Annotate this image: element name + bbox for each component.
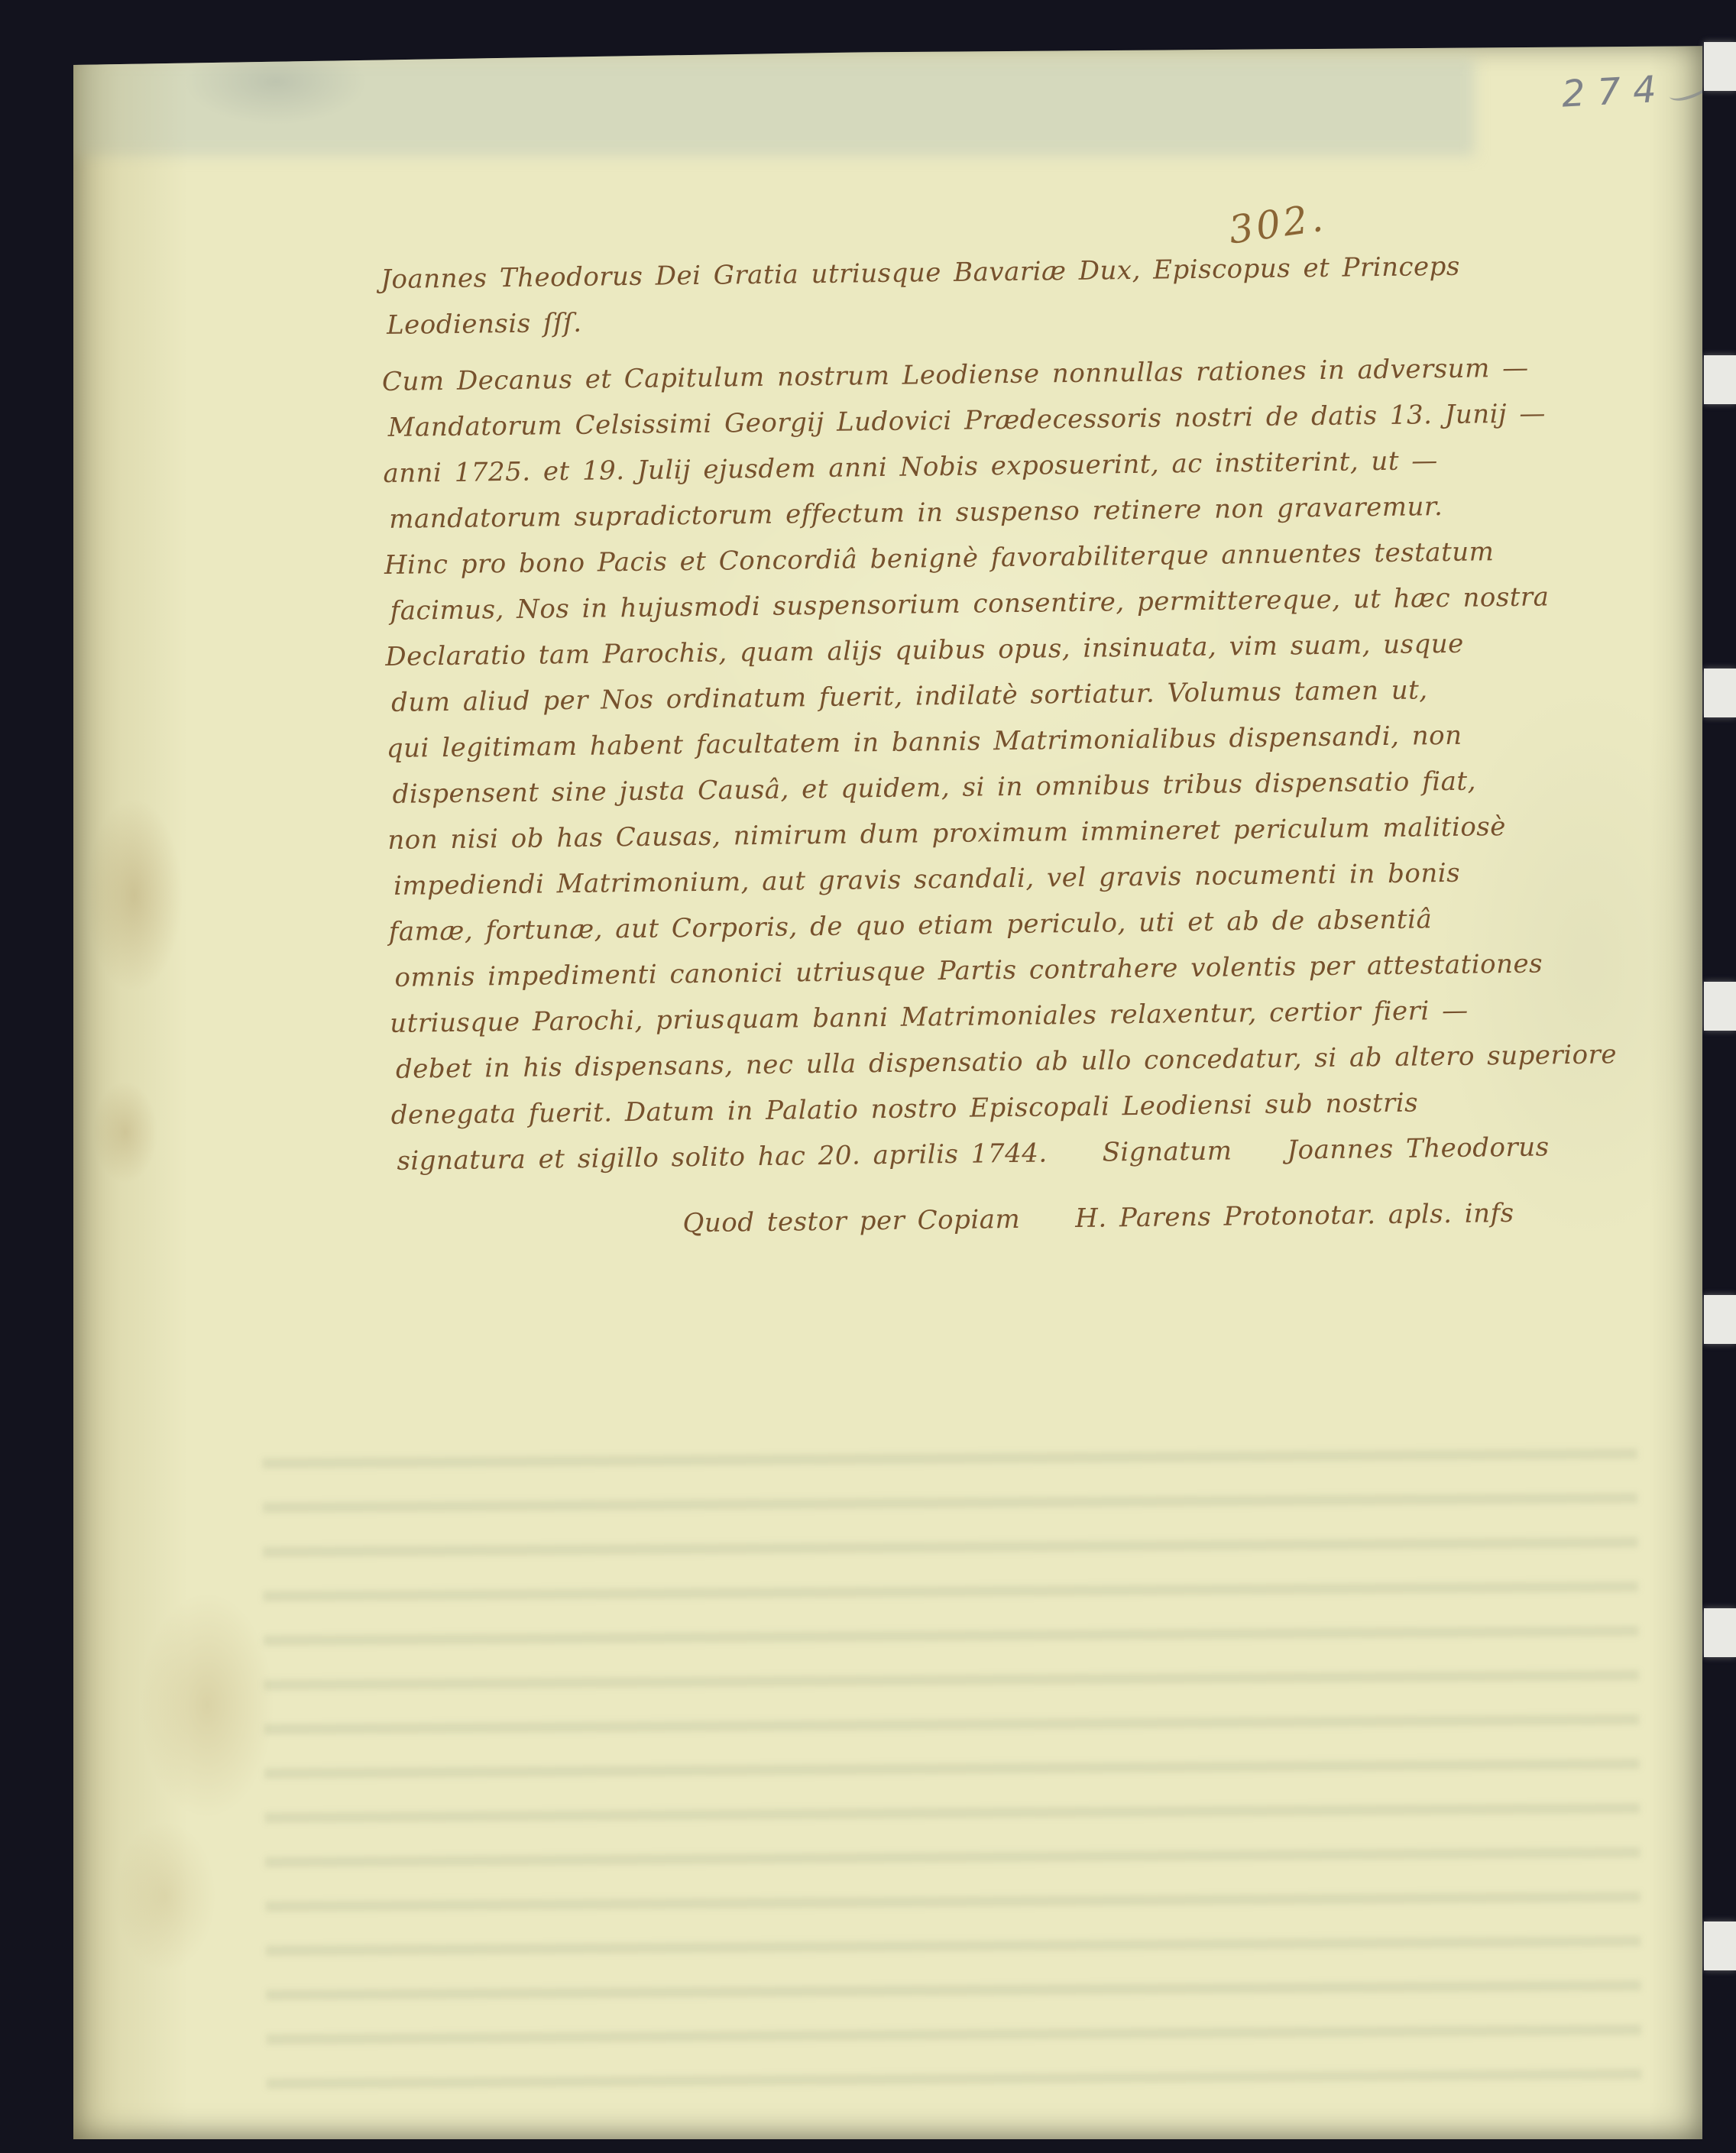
page-binding-edge bbox=[73, 40, 188, 2139]
manuscript-line-segment: Quod testor per Copiam bbox=[682, 1204, 1020, 1238]
pencil-folio-number: 274 bbox=[1561, 67, 1670, 115]
film-frame-mark bbox=[1704, 355, 1736, 404]
manuscript-text-block: Joannes Theodorus Dei Gratia utriusque B… bbox=[381, 241, 1692, 1250]
film-frame-mark bbox=[1704, 669, 1736, 717]
film-frame-mark bbox=[1704, 1608, 1736, 1657]
manuscript-line-segment: H. Parens Protonotar. apls. infs bbox=[1075, 1198, 1514, 1234]
manuscript-line-segment: Joannes Theodorus bbox=[1287, 1132, 1550, 1165]
page-top-edge-band bbox=[73, 58, 1475, 156]
ink-folio-number: 302. bbox=[1226, 195, 1329, 252]
manuscript-line: Quod testor per CopiamH. Parens Protonot… bbox=[682, 1188, 1692, 1246]
manuscript-line-segment: signatura et sigillo solito hac 20. apri… bbox=[397, 1138, 1048, 1176]
film-frame-mark bbox=[1704, 1922, 1736, 1970]
film-frame-mark bbox=[1704, 42, 1736, 91]
film-frame-mark bbox=[1704, 1295, 1736, 1344]
manuscript-page: 274 302. Joannes Theodorus Dei Gratia ut… bbox=[73, 40, 1702, 2139]
verso-ink-showthrough bbox=[262, 1449, 1642, 2100]
film-edge-strip bbox=[1701, 0, 1736, 2153]
manuscript-line-segment: Signatum bbox=[1102, 1135, 1232, 1167]
film-frame-mark bbox=[1704, 982, 1736, 1031]
